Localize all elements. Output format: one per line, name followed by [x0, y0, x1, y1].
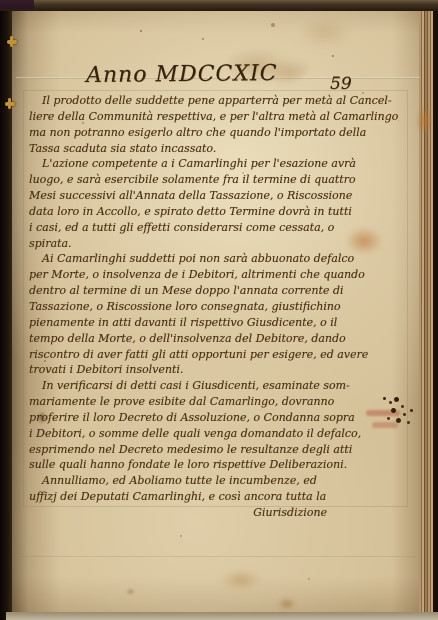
manuscript-scan: Anno MDCCXIC 59 Il prodotto delle suddet… [0, 0, 438, 620]
folio-number: 59 [330, 74, 352, 94]
manuscript-line: uffizj dei Deputati Camarlinghi, e così … [29, 489, 399, 505]
manuscript-line: sulle quali hanno fondate le loro rispet… [29, 457, 399, 473]
manuscript-line: dentro al termine di un Mese doppo l'ann… [29, 283, 399, 299]
manuscript-line: Tassazione, o Riscossione loro consegnat… [29, 299, 399, 315]
manuscript-line: Mesi successivi all'Annata della Tassazi… [29, 188, 399, 204]
book-cover-top-edge [0, 0, 438, 11]
manuscript-line: In verificarsi di detti casi i Giusdicen… [29, 378, 399, 394]
manuscript-line: tempo della Morte, o dell'insolvenza del… [29, 331, 399, 347]
scan-corner-shadow [0, 0, 34, 9]
manuscript-line: trovati i Debitori insolventi. [29, 362, 399, 378]
scan-bottom-edge [6, 612, 438, 620]
manuscript-text-block: Il prodotto delle suddette pene apparter… [29, 93, 399, 521]
binding-stitch-marker [5, 102, 15, 106]
manuscript-line: Tassa scaduta sia stato incassato. [29, 141, 399, 157]
manuscript-line: data loro in Accollo, e spirato detto Te… [29, 204, 399, 220]
manuscript-line: Annulliamo, ed Aboliamo tutte le incumbe… [29, 473, 399, 489]
year-heading: Anno MDCCXIC [86, 61, 278, 88]
manuscript-line: liere della Communità respettiva, e per … [29, 109, 399, 125]
manuscript-line: i Debitori, o somme delle quali venga do… [29, 426, 399, 442]
manuscript-line: per Morte, o insolvenza de i Debitori, a… [29, 267, 399, 283]
binding-stitch-marker [7, 40, 17, 44]
manuscript-line: esprimendo nel Decreto medesimo le resul… [29, 442, 399, 458]
manuscript-line: spirata. [29, 236, 399, 252]
manuscript-line: mariamente le prove esibite dal Camarlin… [29, 394, 399, 410]
manuscript-line: L'azione competente a i Camarlinghi per … [29, 156, 399, 172]
catchword: Giurisdizione [29, 505, 399, 521]
manuscript-line: proferire il loro Decreto di Assoluzione… [29, 410, 399, 426]
paper-crease [20, 556, 416, 557]
manuscript-line: Il prodotto delle suddette pene apparter… [29, 93, 399, 109]
manuscript-line: luogo, e sarà esercibile solamente fra i… [29, 172, 399, 188]
page-edge-stack [419, 10, 433, 612]
manuscript-line: Ai Camarlinghi suddetti poi non sarà abb… [29, 251, 399, 267]
manuscript-line: ma non potranno esigerlo altro che quand… [29, 125, 399, 141]
foxing-dots [140, 30, 142, 32]
manuscript-line: pienamente in atti davanti il rispettivo… [29, 315, 399, 331]
manuscript-line: riscontro di aver fatti gli atti opportu… [29, 347, 399, 363]
manuscript-line: i casi, ed a tutti gli effetti considera… [29, 220, 399, 236]
